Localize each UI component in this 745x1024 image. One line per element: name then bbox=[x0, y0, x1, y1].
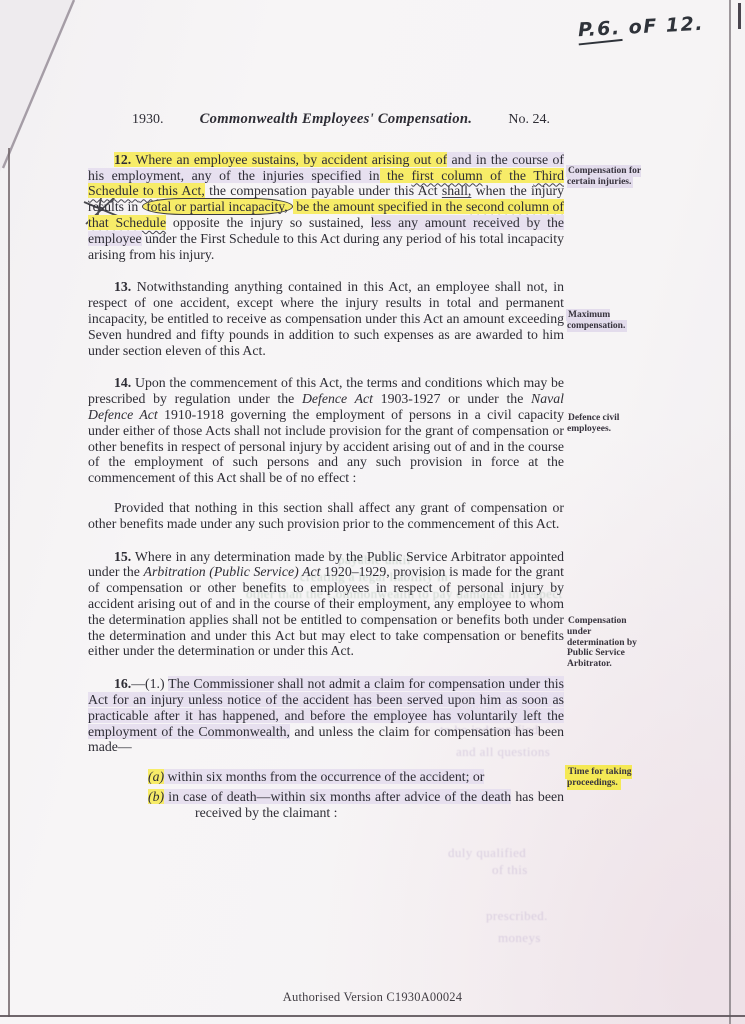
page-header: 1930. Commonwealth Employees' Compensati… bbox=[88, 112, 564, 128]
text-segment: in case of death—within six months after… bbox=[164, 789, 511, 804]
folded-corner-crease bbox=[0, 0, 92, 178]
section-14-proviso-paragraph: Provided that nothing in this section sh… bbox=[88, 500, 564, 532]
section-12-paragraph: 12. Where an employee sustains, by accid… bbox=[88, 152, 564, 263]
text-segment: 12. bbox=[114, 152, 131, 167]
header-year: 1930. bbox=[132, 112, 164, 128]
scan-edge-left-line bbox=[8, 148, 10, 1017]
margin-note-text: Maximum compensation. bbox=[567, 310, 626, 331]
header-title: Commonwealth Employees' Compensation. bbox=[164, 112, 509, 128]
margin-note-compensation-certain-injuries: Compensation for certain injuries. bbox=[567, 166, 649, 188]
authorised-version-footer: Authorised Version C1930A00024 bbox=[0, 990, 745, 1005]
margin-note-defence-civil-employees: Defence civil employees. bbox=[567, 413, 649, 435]
text-segment: Defence Act bbox=[302, 391, 373, 406]
document-body: 1930. Commonwealth Employees' Compensati… bbox=[88, 112, 564, 824]
bleedthrough-text: moneys bbox=[498, 930, 541, 946]
text-segment: the bbox=[380, 168, 412, 183]
margin-note-text: Time for taking proceedings. bbox=[567, 767, 632, 788]
text-segment: 15. bbox=[114, 549, 131, 564]
text-segment: (a) bbox=[148, 769, 164, 784]
scanned-document-page: P.6. oF 12. payable until creating a leg… bbox=[0, 0, 745, 1024]
scan-edge-right-line bbox=[729, 0, 731, 1024]
section-16-paragraph: 16.—(1.) The Commissioner shall not admi… bbox=[88, 676, 564, 755]
handwritten-page-note-text: P.6. oF 12. bbox=[577, 13, 704, 42]
text-segment: first column bbox=[411, 168, 482, 183]
bleedthrough-text: duly qualified bbox=[448, 845, 526, 861]
text-segment: (b) bbox=[148, 789, 164, 804]
text-segment: Arbitration (Public Service) Act bbox=[144, 564, 321, 579]
text-segment: to this Act, bbox=[139, 183, 205, 198]
section-14-paragraph: 14. Upon the commencement of this Act, t… bbox=[88, 375, 564, 486]
text-segment: 1903-1927 or under the bbox=[373, 391, 531, 406]
header-act-number: No. 24. bbox=[508, 112, 550, 128]
text-segment: 13. bbox=[114, 279, 131, 294]
scan-edge-bottom-line bbox=[0, 1015, 745, 1017]
margin-note-time-for-proceedings: Time for taking proceedings. bbox=[567, 767, 649, 789]
text-segment: the compensation payable under this Act bbox=[205, 183, 442, 198]
list-item-a: (a) within six months from the occurrenc… bbox=[148, 769, 564, 785]
text-segment: 14. bbox=[114, 375, 131, 390]
section-15-paragraph: 15. Where in any determination made by t… bbox=[88, 549, 564, 660]
margin-note-maximum-compensation: Maximum compensation. bbox=[567, 310, 649, 332]
text-segment: Where an employee sustains, by accident … bbox=[131, 152, 447, 167]
bleedthrough-text: prescribed. bbox=[486, 908, 548, 924]
text-segment: Provided that nothing in this section sh… bbox=[88, 500, 564, 531]
text-segment: under the First Schedule to this Act dur… bbox=[88, 231, 564, 262]
list-item-b: (b) in case of death—within six months a… bbox=[148, 789, 564, 821]
text-segment: total or partial incapacity, bbox=[142, 198, 293, 215]
scan-edge-corner-mark bbox=[738, 3, 741, 29]
text-segment: Notwithstanding anything contained in th… bbox=[88, 279, 564, 357]
margin-note-text: Compensation under determination by Publ… bbox=[567, 616, 637, 669]
bleedthrough-text: of this bbox=[492, 862, 528, 878]
text-segment: opposite the injury so sustained, bbox=[166, 215, 371, 230]
text-segment: be the amount specified in the bbox=[293, 199, 466, 214]
text-segment: of the bbox=[483, 168, 534, 183]
text-segment: within six months from the occurrence of… bbox=[164, 769, 484, 784]
section-13-paragraph: 13. Notwithstanding anything contained i… bbox=[88, 279, 564, 358]
margin-note-text: Compensation for certain injuries. bbox=[567, 166, 641, 187]
text-segment: —(1.) bbox=[131, 676, 168, 691]
margin-note-public-service-arbitrator: Compensation under determination by Publ… bbox=[567, 616, 649, 670]
handwritten-page-note: P.6. oF 12. bbox=[577, 13, 704, 45]
text-segment: 1910-1918 governing the employment of pe… bbox=[88, 407, 564, 485]
text-segment: shall, bbox=[442, 183, 472, 198]
text-segment: 16. bbox=[114, 676, 131, 691]
margin-note-text: Defence civil employees. bbox=[567, 413, 619, 434]
